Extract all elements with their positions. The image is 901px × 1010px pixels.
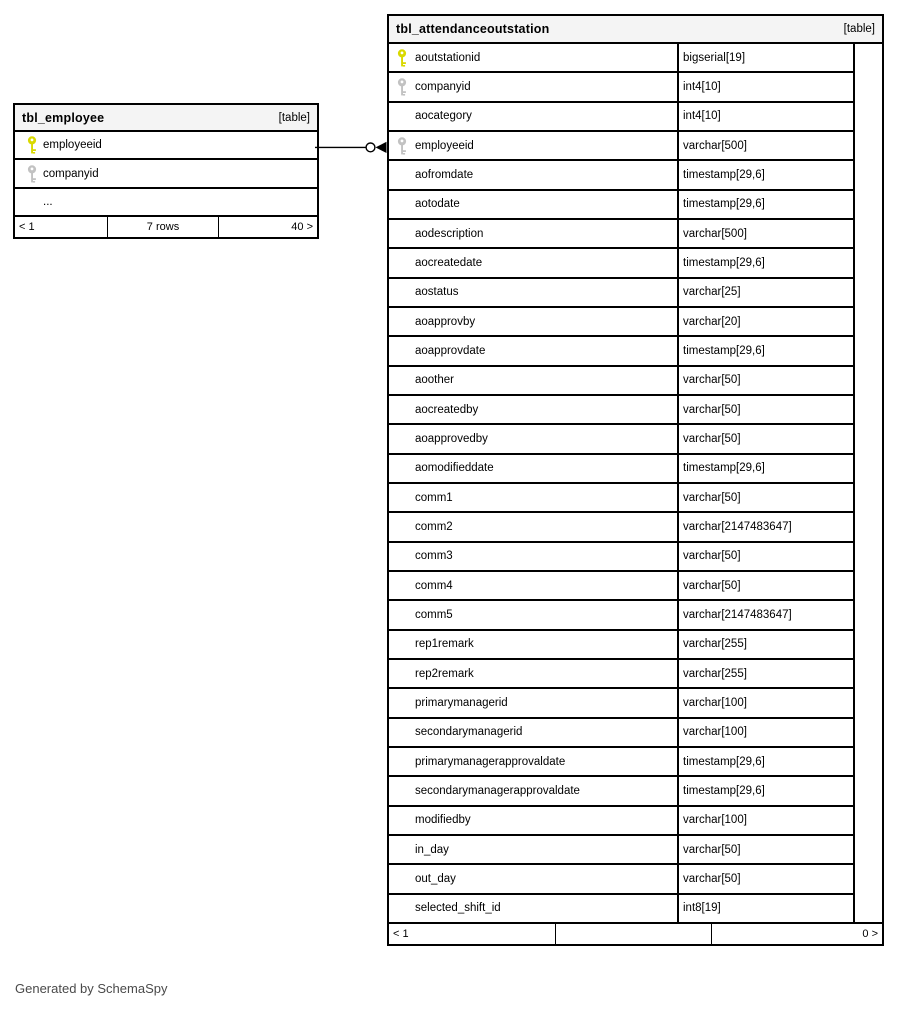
column-name: modifiedby xyxy=(415,814,471,826)
column-type-cell: int4[10] xyxy=(677,103,853,130)
column-row: secondarymanageridvarchar[100] xyxy=(389,717,853,746)
generator-note: Generated by SchemaSpy xyxy=(15,981,167,996)
column-name-cell: aocreatedate xyxy=(389,249,677,276)
column-type-cell: timestamp[29,6] xyxy=(677,777,853,804)
column-row: aodescriptionvarchar[500] xyxy=(389,218,853,247)
column-row: aotodatetimestamp[29,6] xyxy=(389,189,853,218)
column-name-cell: comm5 xyxy=(389,601,677,628)
column-name: aocategory xyxy=(415,110,472,122)
column-type-cell: timestamp[29,6] xyxy=(677,161,853,188)
column-row: primarymanageridvarchar[100] xyxy=(389,687,853,716)
column-row: in_dayvarchar[50] xyxy=(389,834,853,863)
column-name-cell: comm2 xyxy=(389,513,677,540)
column-name-cell: out_day xyxy=(389,865,677,892)
column-name: aotodate xyxy=(415,198,460,210)
column-name: aoutstationid xyxy=(415,52,480,64)
column-row: out_dayvarchar[50] xyxy=(389,863,853,892)
column-type-cell: varchar[255] xyxy=(677,660,853,687)
column-name: comm2 xyxy=(415,521,453,533)
column-row: aostatusvarchar[25] xyxy=(389,277,853,306)
column-name-cell: aocategory xyxy=(389,103,677,130)
column-name-cell: aotodate xyxy=(389,191,677,218)
table-title[interactable]: tbl_attendanceoutstation xyxy=(396,22,549,36)
table-footer: < 1 0 > xyxy=(389,922,882,944)
column-type-cell: varchar[500] xyxy=(677,132,853,159)
column-name: comm3 xyxy=(415,550,453,562)
column-row: comm2varchar[2147483647] xyxy=(389,511,853,540)
column-name: aostatus xyxy=(415,286,458,298)
column-name: aoapprovby xyxy=(415,316,475,328)
column-type-cell: timestamp[29,6] xyxy=(677,455,853,482)
column-name: aodescription xyxy=(415,228,483,240)
column-row: comm5varchar[2147483647] xyxy=(389,599,853,628)
column-row: aoapprovbyvarchar[20] xyxy=(389,306,853,335)
column-name: aoapprovdate xyxy=(415,345,485,357)
column-name-cell: aocreatedby xyxy=(389,396,677,423)
column-type-cell: varchar[500] xyxy=(677,220,853,247)
column-type-cell: varchar[20] xyxy=(677,308,853,335)
column-type-cell: varchar[255] xyxy=(677,631,853,658)
primary-key-icon xyxy=(397,49,408,67)
column-name-cell: ... xyxy=(15,189,317,215)
column-name-cell: selected_shift_id xyxy=(389,895,677,922)
column-type-cell: varchar[50] xyxy=(677,396,853,423)
column-row: aocategoryint4[10] xyxy=(389,101,853,130)
column-name-cell: rep2remark xyxy=(389,660,677,687)
column-type-cell: timestamp[29,6] xyxy=(677,748,853,775)
table-node-tbl-employee[interactable]: tbl_employee [table] employeeidcompanyid… xyxy=(13,103,319,239)
column-name-cell: aoapprovdate xyxy=(389,337,677,364)
column-row: ... xyxy=(15,187,317,215)
column-row: comm3varchar[50] xyxy=(389,541,853,570)
column-name-cell: employeeid xyxy=(389,132,677,159)
column-name-cell: primarymanagerid xyxy=(389,689,677,716)
column-type-cell: varchar[50] xyxy=(677,865,853,892)
relationship-connector xyxy=(315,134,387,161)
column-name-cell: aoapprovby xyxy=(389,308,677,335)
footer-parents-count: < 1 xyxy=(15,217,108,237)
foreign-key-icon xyxy=(27,165,38,183)
column-type-cell: timestamp[29,6] xyxy=(677,191,853,218)
column-name: companyid xyxy=(43,168,99,180)
column-name: aofromdate xyxy=(415,169,473,181)
column-name-cell: secondarymanagerid xyxy=(389,719,677,746)
foreign-key-icon xyxy=(397,78,408,96)
column-name-cell: aostatus xyxy=(389,279,677,306)
table-header: tbl_attendanceoutstation [table] xyxy=(389,16,882,44)
cardinality-arrow-icon xyxy=(376,142,387,153)
footer-parents-count: < 1 xyxy=(389,924,556,944)
column-row: rep2remarkvarchar[255] xyxy=(389,658,853,687)
column-row: secondarymanagerapprovaldatetimestamp[29… xyxy=(389,775,853,804)
column-row: selected_shift_idint8[19] xyxy=(389,893,853,922)
footer-children-count: 0 > xyxy=(712,924,882,944)
table-node-tbl-attendanceoutstation[interactable]: tbl_attendanceoutstation [table] aoutsta… xyxy=(387,14,884,946)
column-name: aoother xyxy=(415,374,454,386)
cardinality-circle-icon xyxy=(366,143,375,152)
column-name: rep1remark xyxy=(415,638,474,650)
column-name: secondarymanagerid xyxy=(415,726,522,738)
column-row: primarymanagerapprovaldatetimestamp[29,6… xyxy=(389,746,853,775)
column-row: comm4varchar[50] xyxy=(389,570,853,599)
table-title[interactable]: tbl_employee xyxy=(22,111,104,125)
foreign-key-icon xyxy=(397,137,408,155)
footer-row-count xyxy=(556,924,712,944)
column-name: comm1 xyxy=(415,492,453,504)
column-type-cell: varchar[2147483647] xyxy=(677,601,853,628)
column-name: ... xyxy=(43,196,53,208)
column-name-cell: secondarymanagerapprovaldate xyxy=(389,777,677,804)
column-type-cell: timestamp[29,6] xyxy=(677,249,853,276)
column-name: aoapprovedby xyxy=(415,433,488,445)
table-type-badge: [table] xyxy=(279,112,310,124)
column-row: aoapprovedbyvarchar[50] xyxy=(389,423,853,452)
column-row: rep1remarkvarchar[255] xyxy=(389,629,853,658)
column-name: primarymanagerid xyxy=(415,697,508,709)
column-name: employeeid xyxy=(43,139,102,151)
column-row: aoothervarchar[50] xyxy=(389,365,853,394)
column-row: companyidint4[10] xyxy=(389,71,853,100)
column-name-cell: aoother xyxy=(389,367,677,394)
column-name-cell: comm3 xyxy=(389,543,677,570)
column-name-cell: companyid xyxy=(389,73,677,100)
column-name: comm5 xyxy=(415,609,453,621)
column-type-cell: int8[19] xyxy=(677,895,853,922)
column-row: aoapprovdatetimestamp[29,6] xyxy=(389,335,853,364)
column-row: modifiedbyvarchar[100] xyxy=(389,805,853,834)
column-name: primarymanagerapprovaldate xyxy=(415,756,565,768)
column-type-cell: varchar[100] xyxy=(677,689,853,716)
column-type-cell: varchar[25] xyxy=(677,279,853,306)
footer-children-count: 40 > xyxy=(219,217,317,237)
column-name: aocreatedate xyxy=(415,257,482,269)
column-row: aofromdatetimestamp[29,6] xyxy=(389,159,853,188)
column-rows: employeeidcompanyid... xyxy=(15,132,317,215)
column-name-cell: companyid xyxy=(15,160,317,186)
column-name-cell: in_day xyxy=(389,836,677,863)
column-rows: aoutstationidbigserial[19]companyidint4[… xyxy=(389,44,853,922)
column-type-cell: varchar[2147483647] xyxy=(677,513,853,540)
column-name-cell: rep1remark xyxy=(389,631,677,658)
column-name: secondarymanagerapprovaldate xyxy=(415,785,580,797)
column-name: out_day xyxy=(415,873,456,885)
column-name-cell: aoapprovedby xyxy=(389,425,677,452)
column-name: rep2remark xyxy=(415,668,474,680)
column-name-cell: employeeid xyxy=(15,132,317,158)
column-name: in_day xyxy=(415,844,449,856)
column-type-cell: bigserial[19] xyxy=(677,44,853,71)
column-row: aomodifieddatetimestamp[29,6] xyxy=(389,453,853,482)
column-name: employeeid xyxy=(415,140,474,152)
column-name: companyid xyxy=(415,81,471,93)
table-type-badge: [table] xyxy=(844,23,875,35)
column-type-cell: varchar[50] xyxy=(677,425,853,452)
column-row: employeeid xyxy=(15,132,317,158)
column-name-cell: aofromdate xyxy=(389,161,677,188)
column-name-cell: modifiedby xyxy=(389,807,677,834)
column-type-cell: varchar[100] xyxy=(677,807,853,834)
column-type-cell: int4[10] xyxy=(677,73,853,100)
column-type-cell: varchar[50] xyxy=(677,836,853,863)
column-name-cell: comm4 xyxy=(389,572,677,599)
primary-key-icon xyxy=(27,136,38,154)
column-type-cell: varchar[50] xyxy=(677,543,853,570)
footer-row-count: 7 rows xyxy=(108,217,219,237)
column-row: comm1varchar[50] xyxy=(389,482,853,511)
column-name: comm4 xyxy=(415,580,453,592)
column-row: aoutstationidbigserial[19] xyxy=(389,44,853,71)
column-type-cell: varchar[50] xyxy=(677,572,853,599)
column-name-cell: comm1 xyxy=(389,484,677,511)
column-row: employeeidvarchar[500] xyxy=(389,130,853,159)
table-footer: < 1 7 rows 40 > xyxy=(15,215,317,237)
column-type-cell: varchar[100] xyxy=(677,719,853,746)
column-type-cell: varchar[50] xyxy=(677,484,853,511)
column-type-cell: timestamp[29,6] xyxy=(677,337,853,364)
column-name: selected_shift_id xyxy=(415,902,501,914)
column-name-cell: aoutstationid xyxy=(389,44,677,71)
column-name: aocreatedby xyxy=(415,404,478,416)
table-header: tbl_employee [table] xyxy=(15,105,317,132)
column-row: aocreatedbyvarchar[50] xyxy=(389,394,853,423)
column-name-cell: aomodifieddate xyxy=(389,455,677,482)
column-row: aocreatedatetimestamp[29,6] xyxy=(389,247,853,276)
column-name-cell: aodescription xyxy=(389,220,677,247)
column-name-cell: primarymanagerapprovaldate xyxy=(389,748,677,775)
related-columns-gutter xyxy=(853,44,882,922)
column-row: companyid xyxy=(15,158,317,186)
column-name: aomodifieddate xyxy=(415,462,494,474)
column-type-cell: varchar[50] xyxy=(677,367,853,394)
